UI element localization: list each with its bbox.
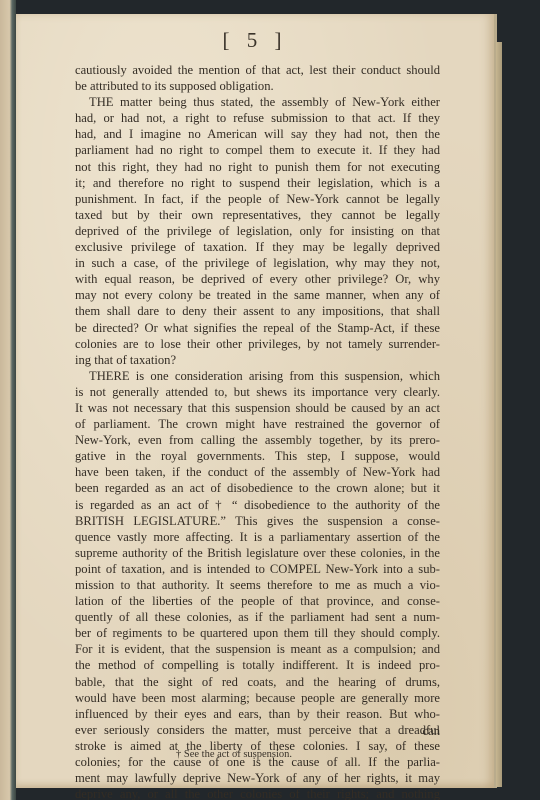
- text-line: be directed? Or what signifies the repea…: [75, 320, 440, 336]
- text-line: cautiously avoided the mention of that a…: [75, 62, 440, 78]
- text-line: quently of all these colonies, as if the…: [75, 609, 440, 625]
- text-line: it; and therefore no right to suspend th…: [75, 175, 440, 191]
- text-line: be attributed to its supposed obligation…: [75, 78, 440, 94]
- text-line: mission to that authority. It seems ther…: [75, 577, 440, 593]
- body-text: cautiously avoided the mention of that a…: [75, 62, 440, 800]
- text-line: not this right, they had no right to pun…: [75, 159, 440, 175]
- text-line: colonies are to lose their other privile…: [75, 336, 440, 352]
- text-line: parliament had no right to compel them t…: [75, 142, 440, 158]
- text-line: is not generally attended to, but shews …: [75, 384, 440, 400]
- text-line: deprive any, or all the other colonies o…: [75, 786, 440, 800]
- text-line: punishment. In fact, if the people of Ne…: [75, 191, 440, 207]
- text-line: point of taxation, and is intended to CO…: [75, 561, 440, 577]
- book-page: [ 5 ] cautiously avoided the mention of …: [16, 14, 497, 788]
- text-line: is regarded as an act of † “ disobedienc…: [75, 497, 440, 513]
- text-line: lation of the liberties of the people of…: [75, 593, 440, 609]
- text-line: New-York, even from calling the assembly…: [75, 432, 440, 448]
- text-line: had, or had not, a right to refuse submi…: [75, 110, 440, 126]
- text-line: may not every colony be treated in the s…: [75, 287, 440, 303]
- text-line: taxed but by their own representatives, …: [75, 207, 440, 223]
- paragraph-start-line: THE matter being thus stated, the assemb…: [75, 94, 440, 110]
- page-edge: [496, 42, 502, 787]
- text-line: gative in the royal governments. This st…: [75, 448, 440, 464]
- text-line: the method of compelling is totally indi…: [75, 657, 440, 673]
- text-line: exclusive privilege of taxation. If they…: [75, 239, 440, 255]
- text-line: influenced by their eyes and ears, than …: [75, 706, 440, 722]
- text-line: ment may lawfully deprive New-York of an…: [75, 770, 440, 786]
- text-line: ber of regiments to be quartered upon th…: [75, 625, 440, 641]
- text-line: For it is evident, that the suspension i…: [75, 641, 440, 657]
- text-line: would have been most alarming; because p…: [75, 690, 440, 706]
- page-number: [ 5 ]: [16, 28, 494, 53]
- text-line: them shall dare to deny their assent to …: [75, 303, 440, 319]
- text-line: supreme authority of the British legisla…: [75, 545, 440, 561]
- footnote: † See the act of suspension.: [176, 749, 292, 760]
- text-line: of parliament. The crown might have rest…: [75, 416, 440, 432]
- text-line: It was not necessary that this suspensio…: [75, 400, 440, 416]
- text-line: ing that of taxation?: [75, 352, 440, 368]
- text-line: BRITISH LEGISLATURE.” This gives the sus…: [75, 513, 440, 529]
- catchword: can: [75, 724, 440, 739]
- book-spine: [0, 0, 16, 800]
- text-line: have been taken, if the conduct of the a…: [75, 464, 440, 480]
- text-line: had, and I imagine no American will say …: [75, 126, 440, 142]
- paragraph-start-line: THERE is one consideration arising from …: [75, 368, 440, 384]
- text-line: bable, that the sight of red coats, and …: [75, 674, 440, 690]
- text-line: quence vastly more affecting. It is a pa…: [75, 529, 440, 545]
- text-line: been regarded as an act of disobedience …: [75, 480, 440, 496]
- text-line: with equal reason, be deprived of every …: [75, 271, 440, 287]
- text-line: deprived of the privilege of legislation…: [75, 223, 440, 239]
- text-line: in such a case, of the privilege of legi…: [75, 255, 440, 271]
